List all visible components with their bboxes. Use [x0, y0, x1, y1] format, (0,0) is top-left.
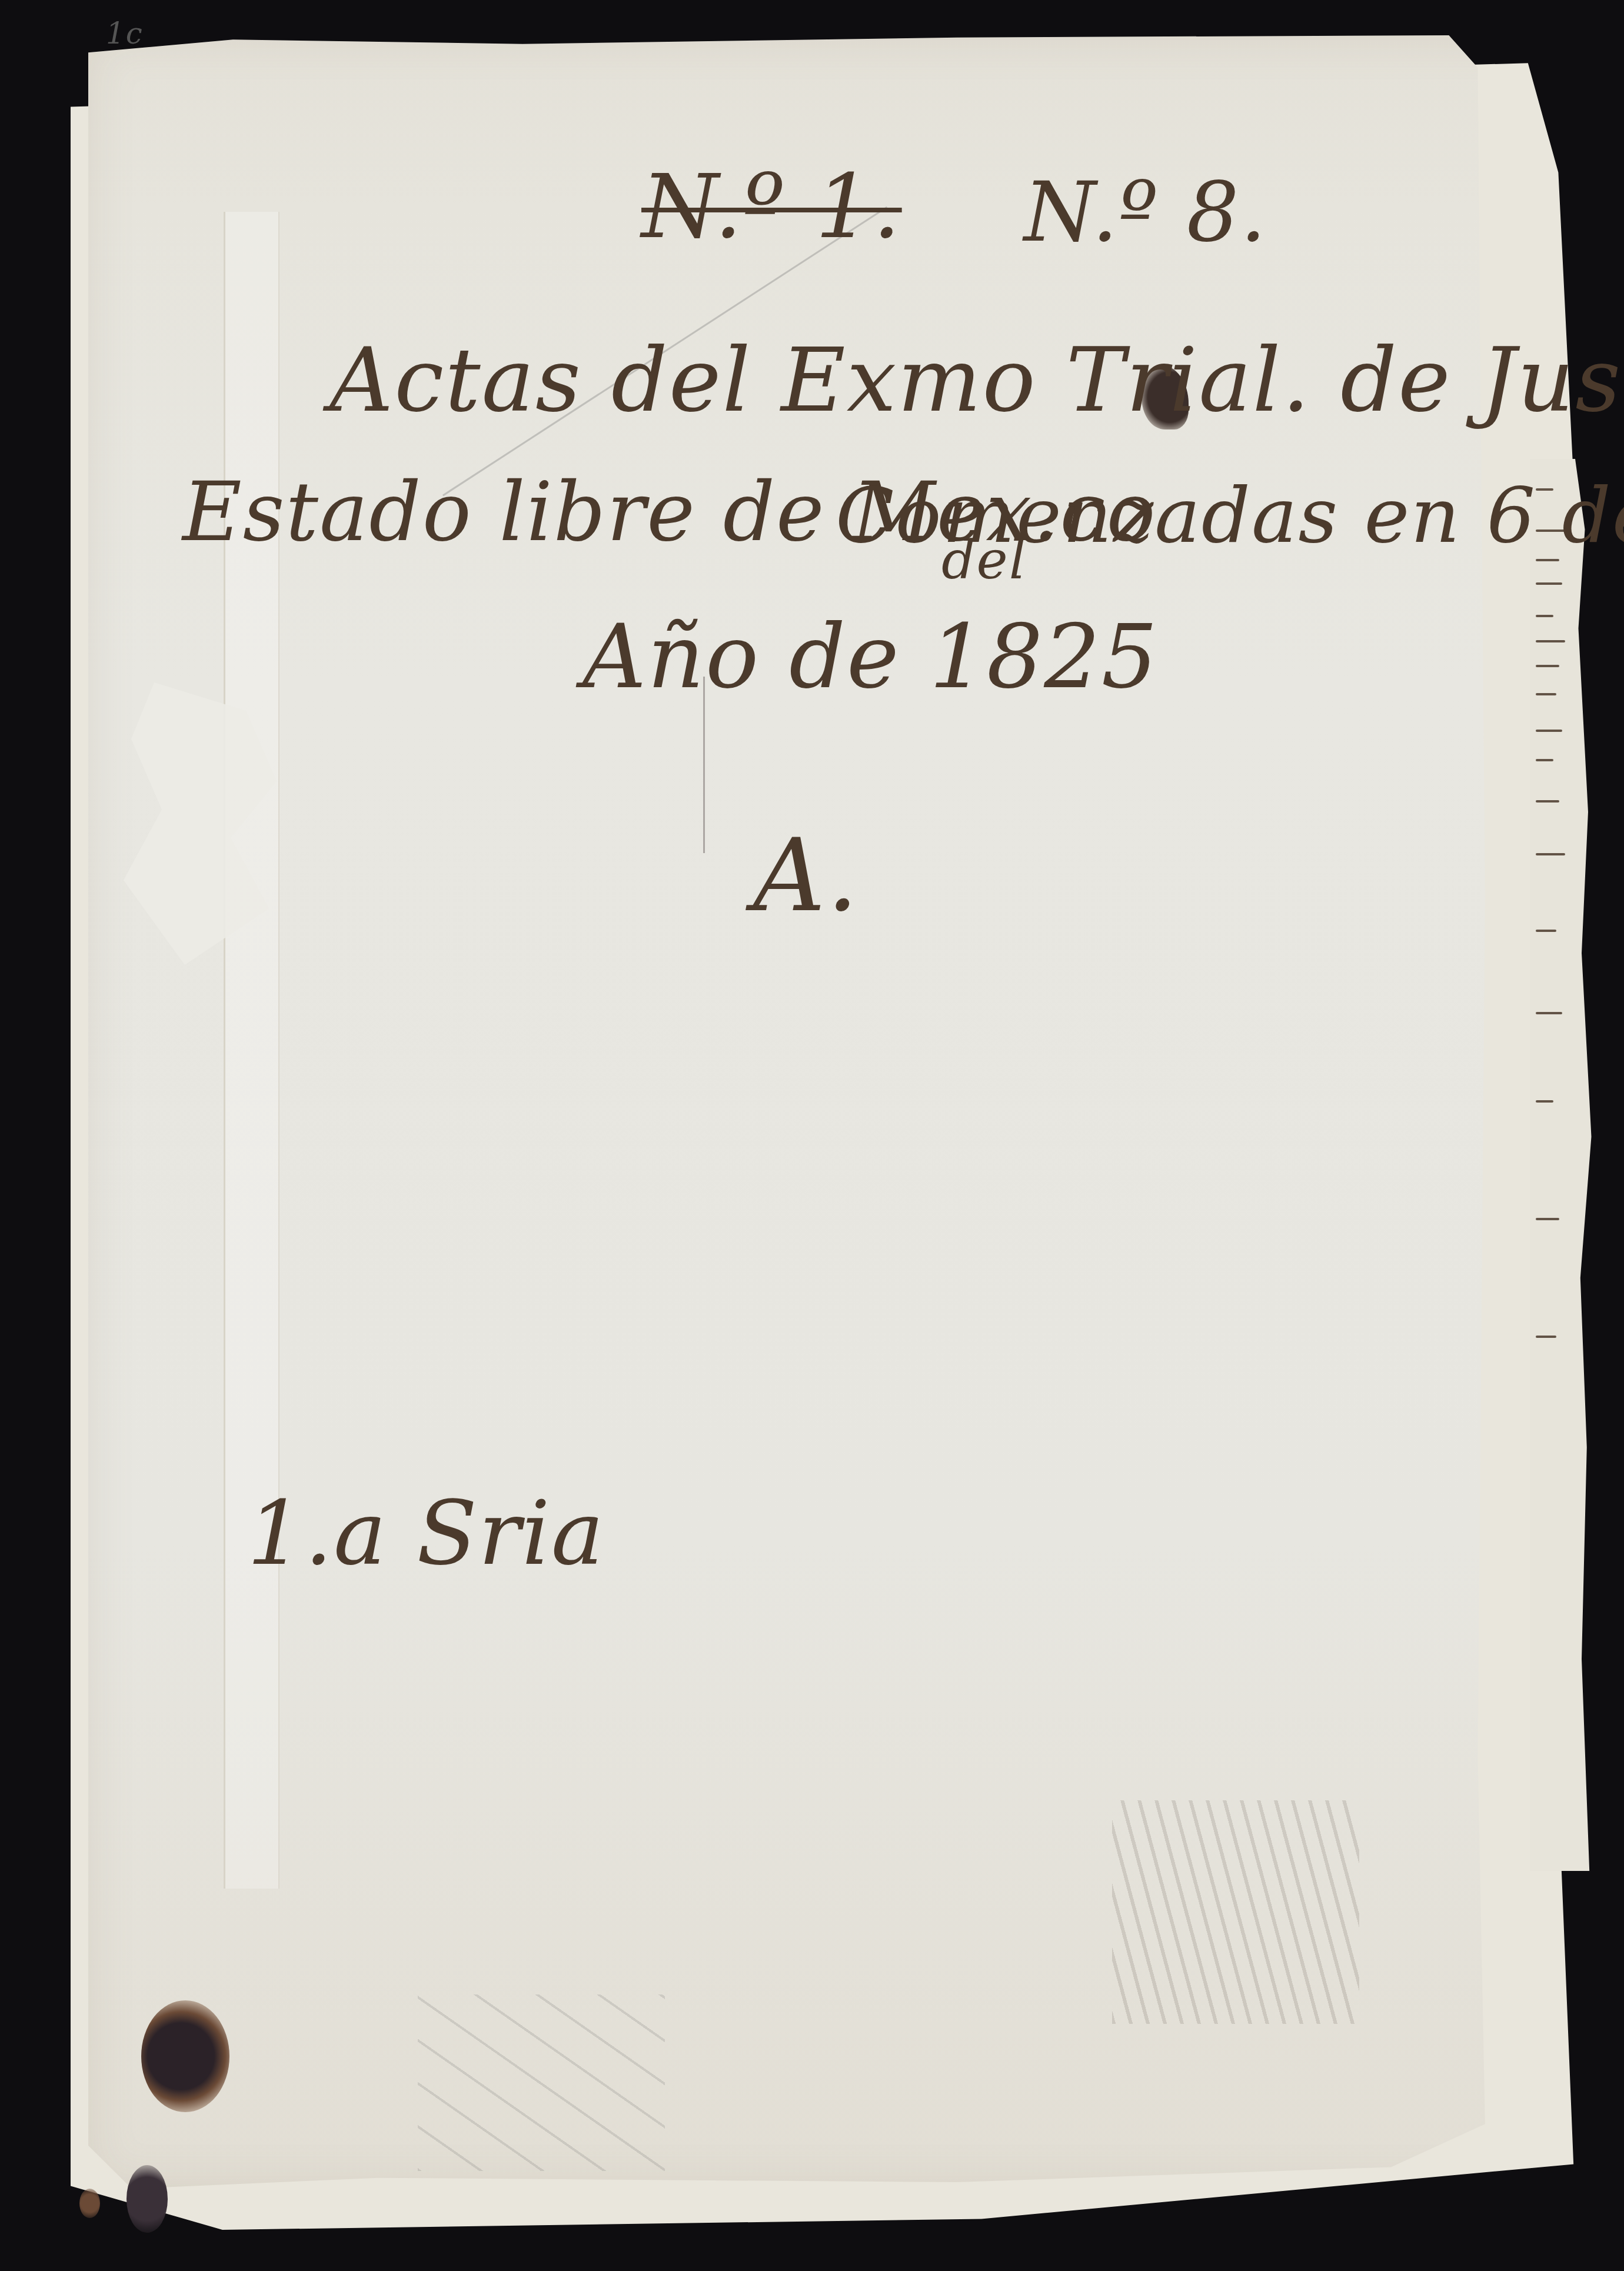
burn-stain-small — [127, 2165, 168, 2233]
section-letter: A. — [753, 818, 860, 934]
title-line-1: Actas del Exmo Trial. de Just.a del — [330, 329, 1624, 432]
folio-mark: 1c — [106, 16, 144, 51]
binding-fold — [224, 212, 279, 1889]
underlying-page-text-marks — [1536, 482, 1583, 1541]
pencil-scratches — [418, 1994, 665, 2171]
burn-stain — [141, 2000, 229, 2112]
title-year: Año de 1825 — [583, 606, 1159, 708]
struck-reference-number: N.º 1. — [641, 156, 902, 258]
title-line-3: del — [941, 530, 1027, 591]
series-label: 1.a Sria — [247, 1483, 605, 1585]
burn-stain-edge — [79, 2189, 100, 2218]
ink-smudge — [1112, 1800, 1359, 2024]
reference-number: N.º 8. — [1024, 165, 1267, 261]
